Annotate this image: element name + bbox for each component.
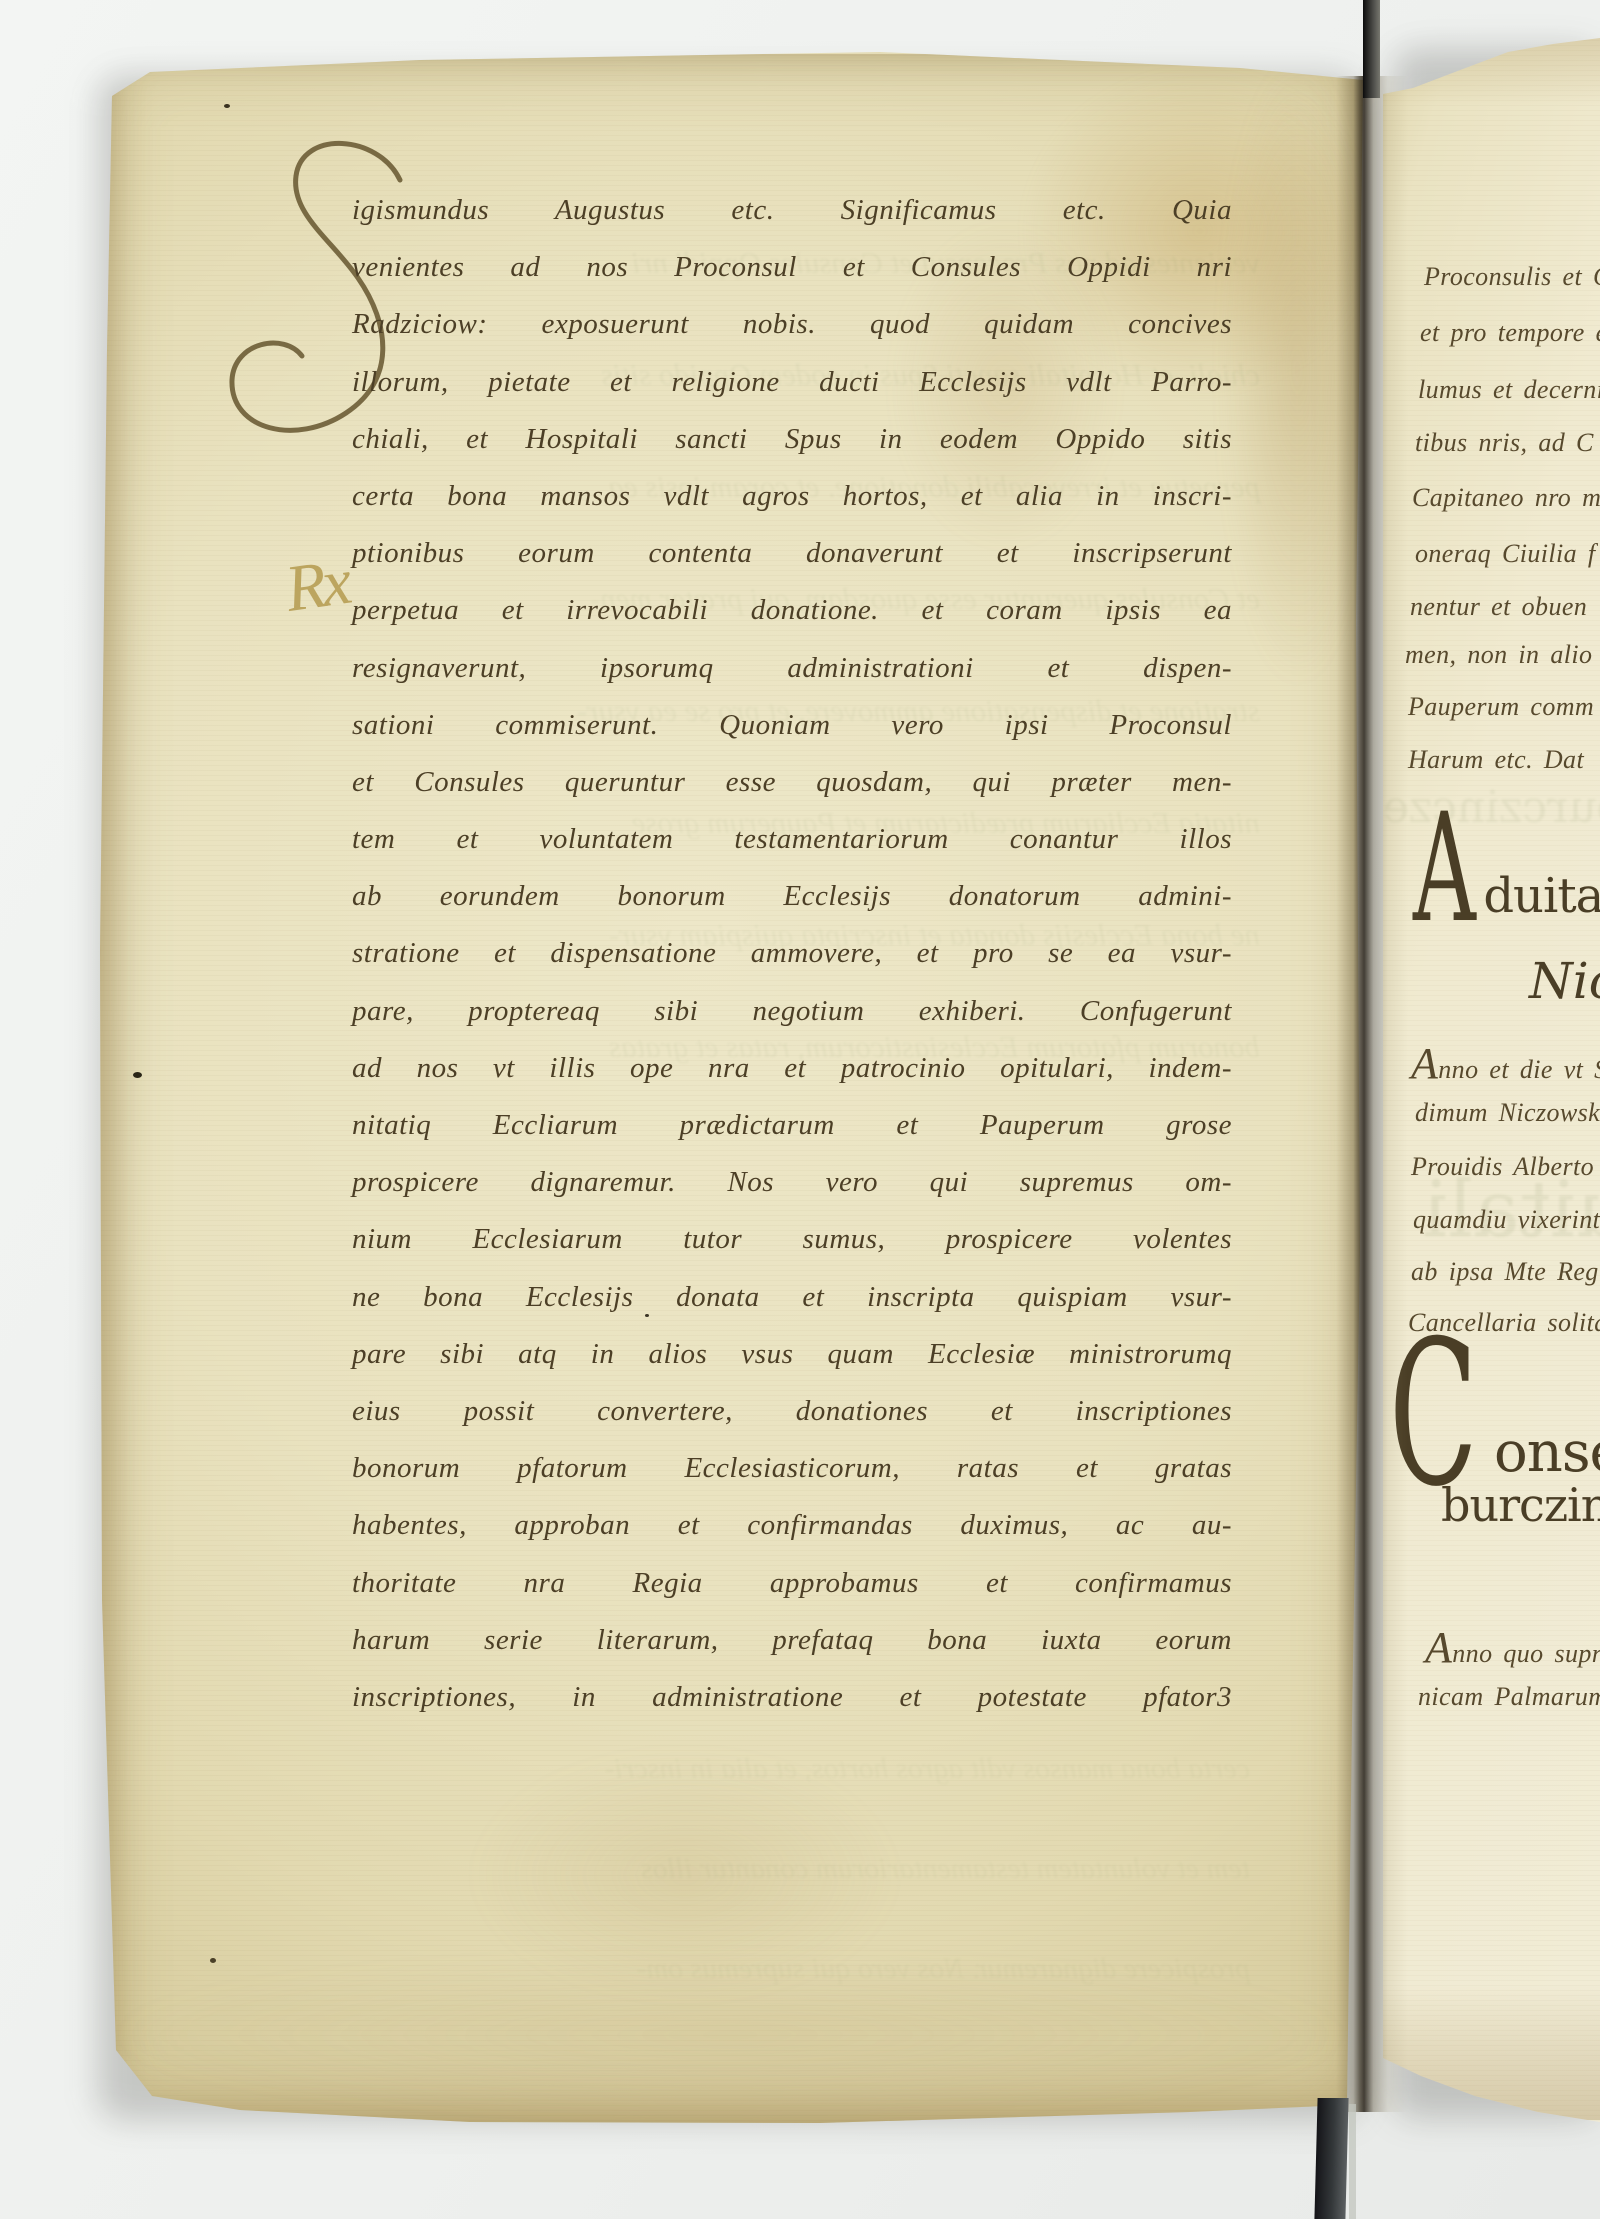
ink-speck (210, 1958, 216, 1963)
text-line: inscriptiones, in administratione et pot… (352, 1669, 1232, 1726)
text-line: lumus et decerni (1418, 375, 1600, 405)
text-line: prospicere dignaremur. Nos vero qui supr… (352, 1154, 1232, 1211)
text-line: et Consules queruntur esse quosdam, qui … (352, 754, 1232, 811)
ink-speck (133, 1072, 142, 1078)
ink-speck (224, 104, 230, 108)
text-line: tem et voluntatem testamentariorum conan… (352, 811, 1232, 868)
heading-line2: burczincze (1441, 1478, 1600, 1532)
spine-edge-top (1363, 0, 1380, 98)
text-line: stratione et dispensatione ammovere, et … (352, 925, 1232, 982)
text-line: illorum, pietate et religione ducti Eccl… (352, 354, 1232, 411)
text-line: ad nos vt illis ope nra et patrocinio op… (352, 1040, 1232, 1097)
text-line: pare sibi atq in alios vsus quam Ecclesi… (352, 1326, 1232, 1383)
ink-speck (645, 1314, 649, 1317)
main-text-block: igismundus Augustus etc. Significamus et… (352, 182, 1232, 1726)
text-line: certa bona mansos vdlt agros hortos, et … (352, 468, 1232, 525)
text-line: nitatiq Eccliarum prædictarum et Pauperu… (352, 1097, 1232, 1154)
text-line: quamdiu vixerint (1413, 1205, 1600, 1235)
text-line: perpetua et irrevocabili donatione. et c… (352, 582, 1232, 639)
text-line: ptionibus eorum contenta donaverunt et i… (352, 525, 1232, 582)
marginal-register-mark: Rx (281, 544, 353, 628)
text-line: thoritate nra Regia approbamus et confir… (352, 1555, 1232, 1612)
text-line: Anno et die vt Su (1411, 1038, 1600, 1089)
text-line: sationi commiserunt. Quoniam vero ipsi P… (352, 697, 1232, 754)
text-line: bonorum pfatorum Ecclesiasticorum, ratas… (352, 1440, 1232, 1497)
show-through-text: certa bona mansos vdlt agros hortos, et … (430, 1752, 1250, 2052)
text-line: ab ipsa Mte Regia (1411, 1257, 1600, 1287)
text-line: Proconsulis et C (1424, 262, 1600, 292)
heading-text: onsensus (1494, 1420, 1600, 1485)
text-line: Radziciow: exposuerunt nobis. quod quida… (352, 296, 1232, 353)
text-line: Anno quo supra, f (1425, 1622, 1600, 1673)
heading-initial: A (1413, 806, 1476, 934)
section-heading-advitalitas: Aduitali (1413, 806, 1600, 934)
heading-text: duitali (1483, 868, 1600, 924)
text-line: men, non in alio (1405, 640, 1592, 670)
text-line: nicam Palmarum (1418, 1682, 1600, 1712)
text-line: Pauperum comm (1408, 692, 1594, 722)
text-line: nentur et obuen (1410, 592, 1587, 622)
heading-line2: Nic (1529, 952, 1600, 1010)
manuscript-scan: venientes ad nos Proconsul et Consules O… (0, 0, 1600, 2219)
text-line: pare, proptereaq sibi negotium exhiberi.… (352, 983, 1232, 1040)
text-line: igismundus Augustus etc. Significamus et… (352, 182, 1232, 239)
text-line: harum serie literarum, prefataq bona iux… (352, 1612, 1232, 1669)
text-line: Harum etc. Dat (1408, 745, 1584, 775)
spine-edge-highlight (1349, 2104, 1356, 2219)
text-line: Capitaneo nro m (1412, 483, 1600, 513)
book-gutter (1336, 76, 1408, 2112)
text-line: et pro tempore ex (1420, 318, 1600, 348)
text-line: Prouidis Alberto (1411, 1152, 1594, 1182)
text-line: venientes ad nos Proconsul et Consules O… (352, 239, 1232, 296)
text-line: tibus nris, ad C (1415, 428, 1594, 458)
text-line: ne bona Ecclesijs donata et inscripta qu… (352, 1269, 1232, 1326)
text-line: oneraq Ciuilia f (1415, 539, 1596, 569)
right-page: burczincze duitali Proconsulis et C et p… (1383, 0, 1600, 2219)
text-line: dimum Niczowsk (1415, 1098, 1600, 1128)
text-line: ab eorundem bonorum Ecclesijs donatorum … (352, 868, 1232, 925)
text-line: chiali, et Hospitali sancti Spus in eode… (352, 411, 1232, 468)
spine-edge-bottom (1314, 2098, 1348, 2219)
text-line: habentes, approban et confirmandas duxim… (352, 1497, 1232, 1554)
section-heading-consensus: Consensus (1389, 1330, 1600, 1500)
text-line: eius possit convertere, donationes et in… (352, 1383, 1232, 1440)
text-line: nium Ecclesiarum tutor sumus, prospicere… (352, 1211, 1232, 1268)
text-line: resignaverunt, ipsorumq administrationi … (352, 640, 1232, 697)
